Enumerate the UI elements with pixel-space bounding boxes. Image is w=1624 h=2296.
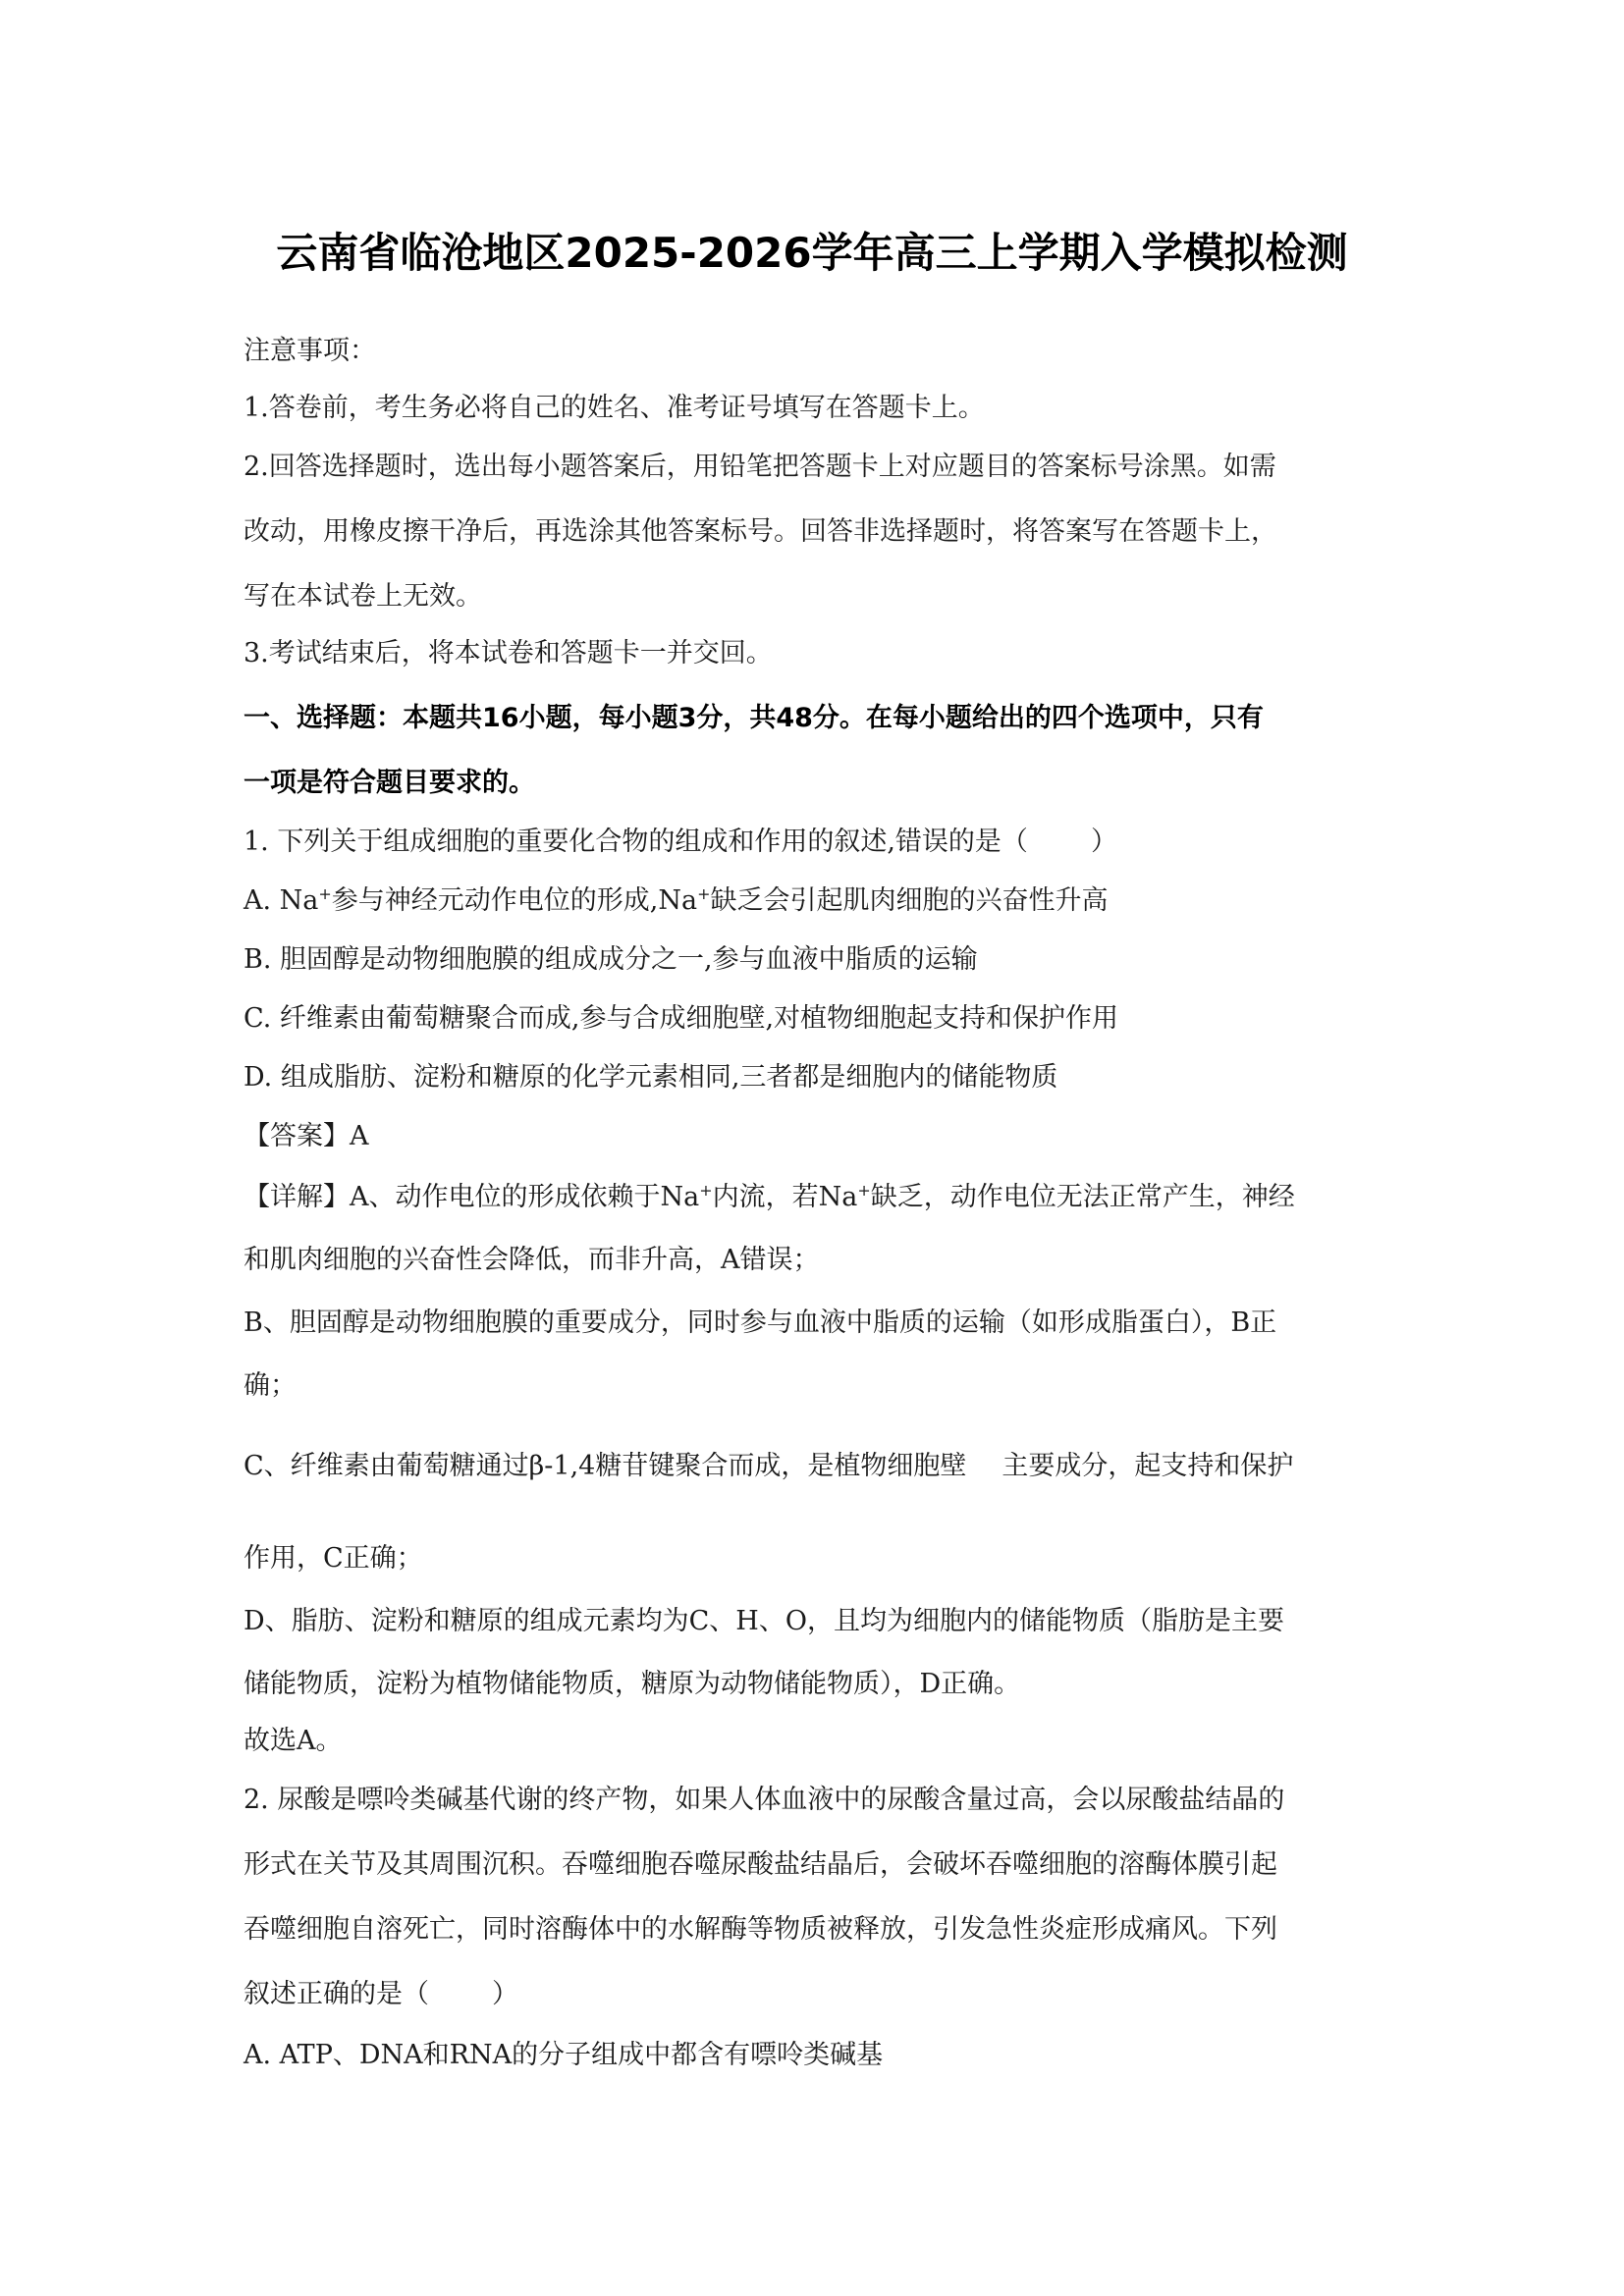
question-1-stem-text: 1. 下列关于组成细胞的重要化合物的组成和作用的叙述,错误的是（ [244, 827, 1028, 857]
explanation-c-line-1: C、纤维素由葡萄糖通过β-1,4糖苷键聚合而成，是植物细胞壁主要成分，起支持和保… [244, 1449, 1293, 1484]
question-2-stem-line-1: 2. 尿酸是嘌呤类碱基代谢的终产物，如果人体血液中的尿酸含量过高，会以尿酸盐结晶… [244, 1783, 1284, 1818]
explanation-a-text-1: 【详解】A、动作电位的形成依赖于Na [244, 1182, 699, 1212]
question-2-option-a: A. ATP、DNA和RNA的分子组成中都含有嘌呤类碱基 [244, 2038, 883, 2073]
explanation-d-line-1: D、脂肪、淀粉和糖原的组成元素均为C、H、O，且均为细胞内的储能物质（脂肪是主要 [244, 1604, 1284, 1639]
explanation-a-text-2: 内流，若Na [713, 1182, 858, 1212]
question-1-option-d: D. 组成脂肪、淀粉和糖原的化学元素相同,三者都是细胞内的储能物质 [244, 1060, 1057, 1095]
explanation-b-line-1: B、胆固醇是动物细胞膜的重要成分，同时参与血液中脂质的运输（如形成脂蛋白），B正 [244, 1306, 1276, 1341]
question-1-option-a: A. Na+参与神经元动作电位的形成,Na+缺乏会引起肌肉细胞的兴奋性升高 [244, 883, 1109, 919]
superscript-plus: + [857, 1181, 870, 1200]
notice-item-3: 3.考试结束后，将本试卷和答题卡一并交回。 [244, 636, 773, 671]
document-title: 云南省临沧地区2025-2026学年高三上学期入学模拟检测 [0, 228, 1624, 279]
notice-item-2-line-1: 2.回答选择题时，选出每小题答案后，用铅笔把答题卡上对应题目的答案标号涂黑。如需 [244, 450, 1276, 485]
question-2-stem-line-3: 吞噬细胞自溶死亡，同时溶酶体中的水解酶等物质被释放，引发急性炎症形成痛风。下列 [244, 1912, 1277, 1948]
question-1-stem: 1. 下列关于组成细胞的重要化合物的组成和作用的叙述,错误的是（） [244, 825, 1117, 860]
explanation-c-text-2: 主要成分，起支持和保护 [1001, 1451, 1293, 1481]
explanation-c-line-2: 作用，C正确； [244, 1541, 423, 1576]
question-1-stem-close: ） [1091, 827, 1117, 857]
section-heading-line-1: 一、选择题：本题共16小题，每小题3分，共48分。在每小题给出的四个选项中，只有 [244, 701, 1264, 736]
question-1-option-b: B. 胆固醇是动物细胞膜的组成成分之一,参与血液中脂质的运输 [244, 942, 978, 978]
question-2-stem-line-4: 叙述正确的是（） [244, 1977, 518, 2012]
question-2-stem-line-2: 形式在关节及其周围沉积。吞噬细胞吞噬尿酸盐结晶后，会破坏吞噬细胞的溶酶体膜引起 [244, 1847, 1277, 1883]
explanation-c-text-1: C、纤维素由葡萄糖通过β-1,4糖苷键聚合而成，是植物细胞壁 [244, 1451, 966, 1481]
notice-item-2-line-3: 写在本试卷上无效。 [244, 579, 482, 614]
superscript-plus: + [699, 1181, 712, 1200]
superscript-plus: + [318, 884, 331, 903]
option-a-text-3: 缺乏会引起肌肉细胞的兴奋性升高 [711, 885, 1109, 916]
explanation-a-text-3: 缺乏，动作电位无法正常产生，神经 [871, 1182, 1295, 1212]
notice-item-1: 1.答卷前，考生务必将自己的姓名、准考证号填写在答题卡上。 [244, 391, 985, 426]
explanation-d-line-2: 储能物质，淀粉为植物储能物质，糖原为动物储能物质），D正确。 [244, 1667, 1020, 1702]
notice-item-2-line-2: 改动，用橡皮擦干净后，再选涂其他答案标号。回答非选择题时，将答案写在答题卡上， [244, 514, 1277, 550]
question-2-stem-text: 叙述正确的是（ [244, 1979, 429, 2009]
explanation-a-line-1: 【详解】A、动作电位的形成依赖于Na+内流，若Na+缺乏，动作电位无法正常产生，… [244, 1180, 1295, 1215]
option-a-text-1: A. Na [244, 885, 318, 916]
explanation-conclusion: 故选A。 [244, 1724, 343, 1759]
question-1-answer: 【答案】A [244, 1119, 369, 1154]
question-2-stem-close: ） [492, 1979, 518, 2009]
explanation-b-line-2: 确； [244, 1368, 297, 1404]
section-heading-line-2: 一项是符合题目要求的。 [244, 766, 535, 801]
question-1-option-c: C. 纤维素由葡萄糖聚合而成,参与合成细胞壁,对植物细胞起支持和保护作用 [244, 1001, 1118, 1037]
explanation-a-line-2: 和肌肉细胞的兴奋性会降低，而非升高，A错误； [244, 1243, 820, 1278]
option-a-text-2: 参与神经元动作电位的形成,Na [332, 885, 697, 916]
superscript-plus: + [697, 884, 710, 903]
notice-heading: 注意事项： [244, 334, 376, 369]
exam-page: 云南省临沧地区2025-2026学年高三上学期入学模拟检测 注意事项： 1.答卷… [0, 0, 1624, 2296]
